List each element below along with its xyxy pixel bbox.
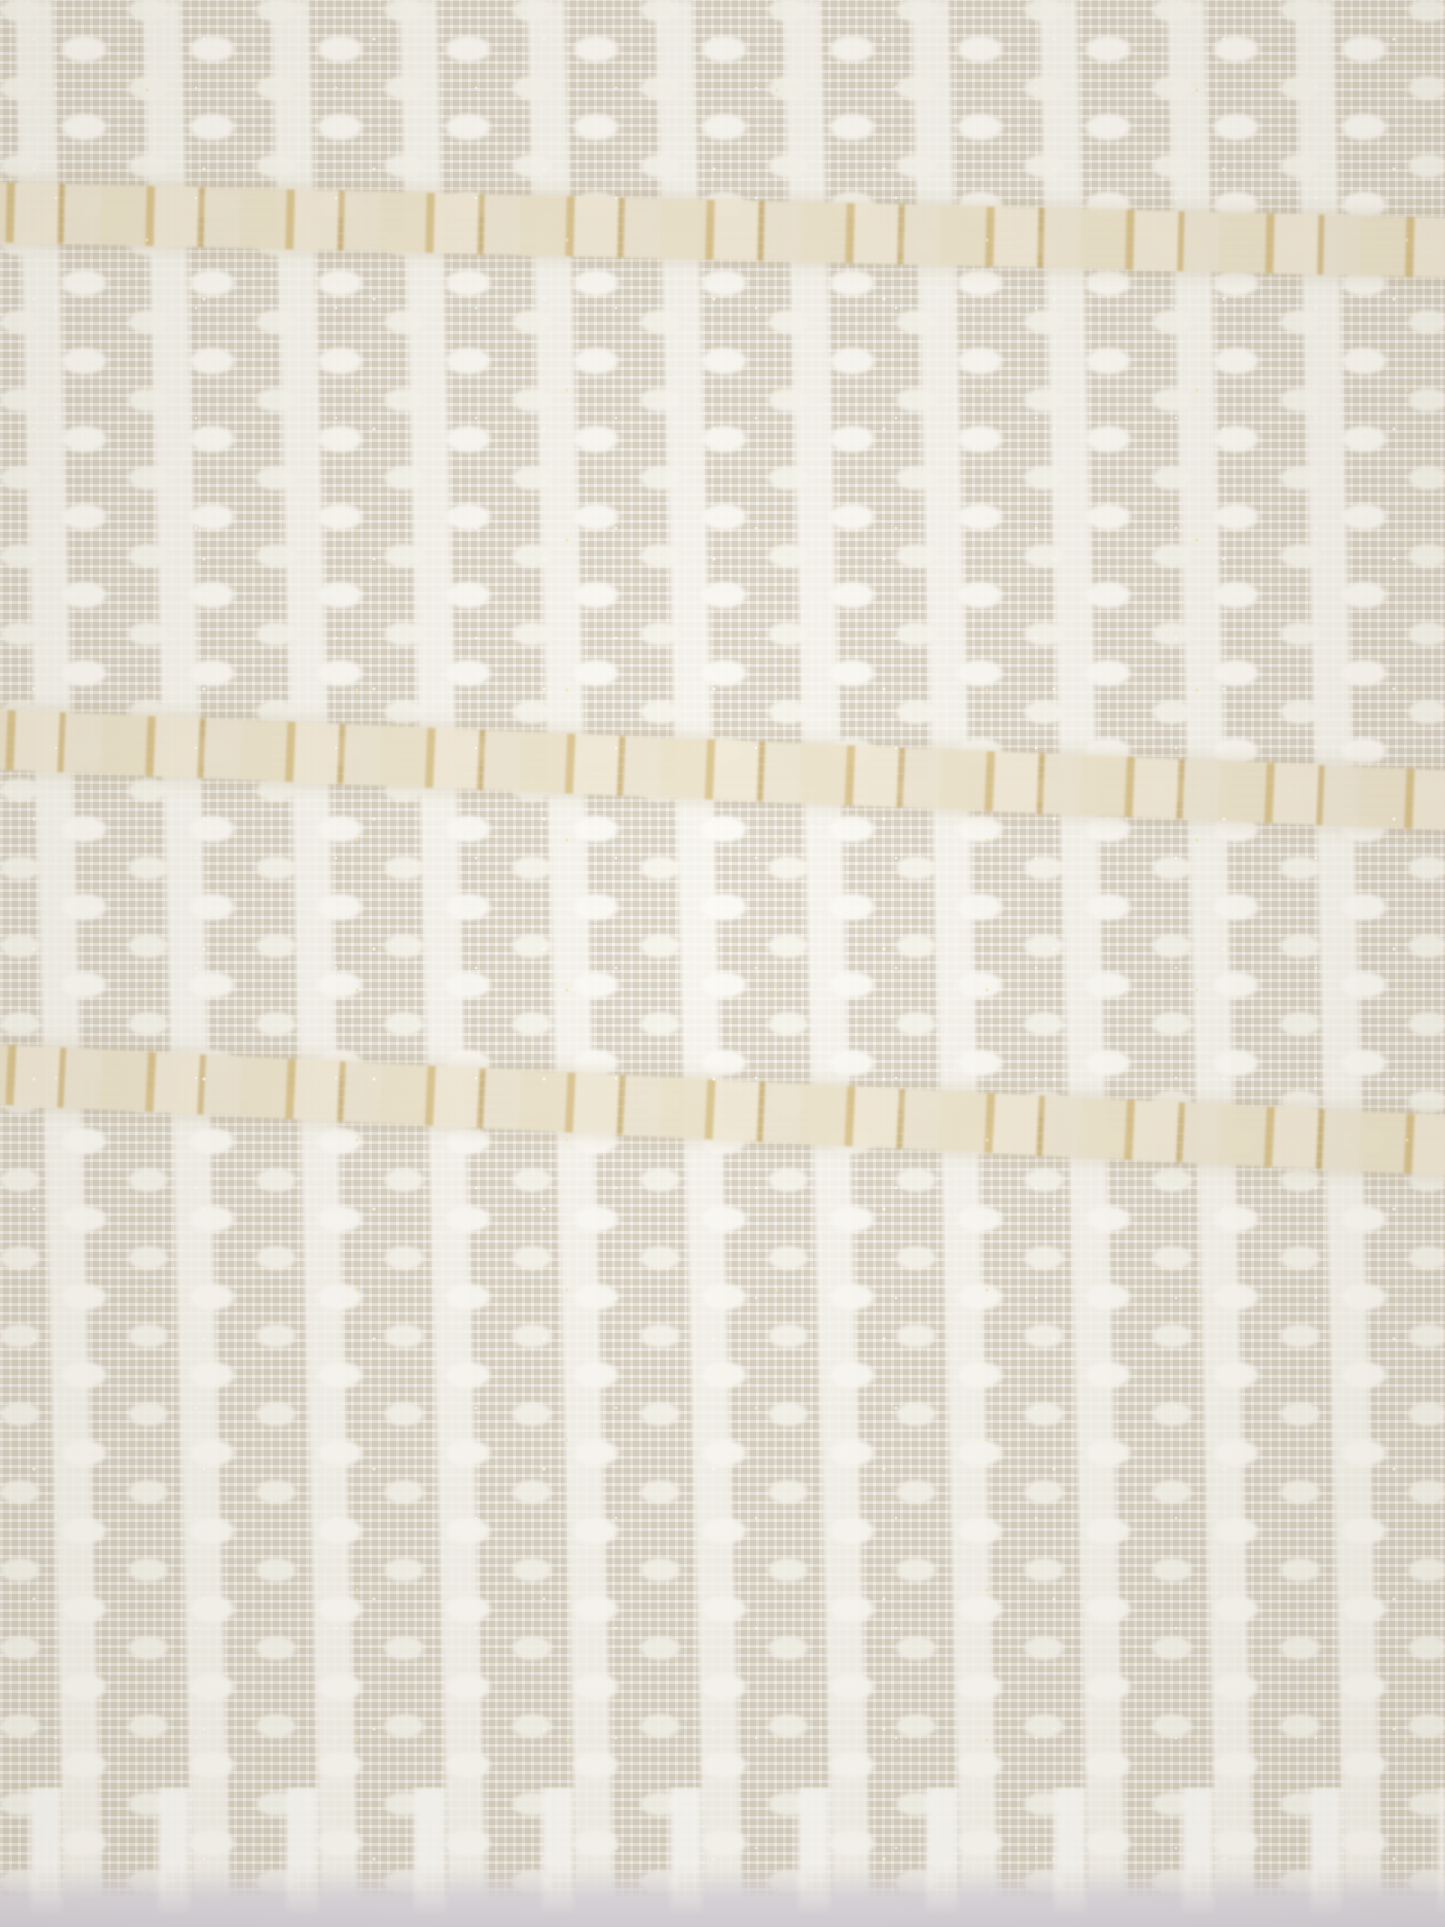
tweed-fabric-photo [0,0,1445,1927]
photo-lighting [0,0,1445,1927]
